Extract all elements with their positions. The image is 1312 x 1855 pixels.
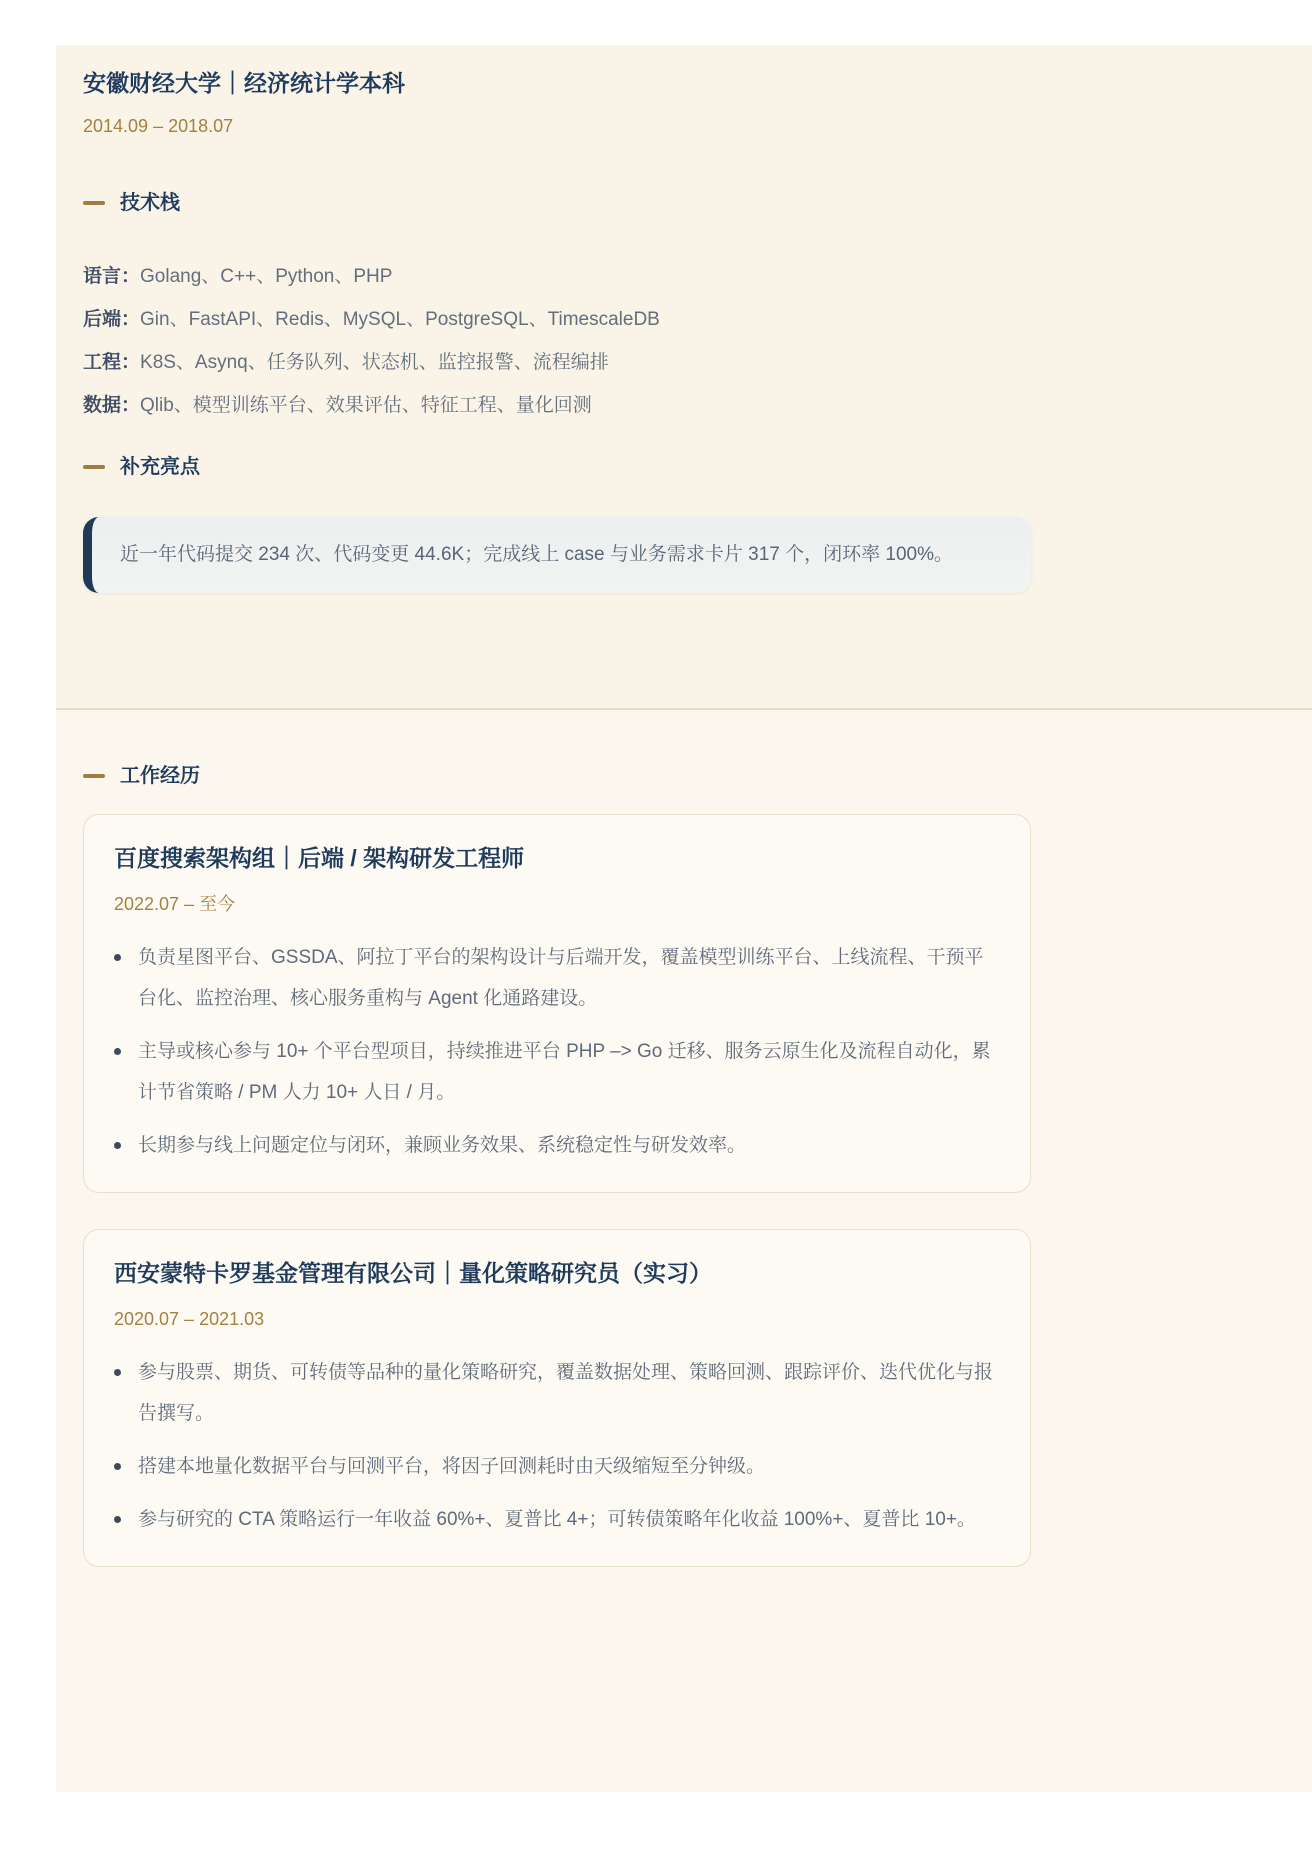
job-bullet-list: 参与股票、期货、可转债等品种的量化策略研究，覆盖数据处理、策略回测、跟踪评价、迭… [114,1352,1000,1540]
bullet-dot-icon [114,1463,121,1470]
resume-page: 安徽财经大学｜经济统计学本科 2014.09 – 2018.07 技术栈 语言：… [56,45,1312,1792]
section-heading-work: 工作经历 [83,762,1031,790]
resume-work-section: 工作经历 百度搜索架构组｜后端 / 架构研发工程师 2022.07 – 至今 负… [56,710,1312,1792]
job-bullet-text: 长期参与线上问题定位与闭环，兼顾业务效果、系统稳定性与研发效率。 [138,1125,746,1166]
tech-stack-heading-label: 技术栈 [120,189,180,217]
tech-row-label: 工程： [83,352,140,373]
education-title: 安徽财经大学｜经济统计学本科 [83,45,1031,99]
job-bullet: 主导或核心参与 10+ 个平台型项目，持续推进平台 PHP –> Go 迁移、服… [114,1031,1000,1113]
job-period: 2020.07 – 2021.03 [114,1306,1000,1332]
tech-row-label: 数据： [83,395,140,416]
job-bullet-text: 负责星图平台、GSSDA、阿拉丁平台的架构设计与后端开发，覆盖模型训练平台、上线… [138,937,1000,1019]
tech-row-backend: 后端：Gin、FastAPI、Redis、MySQL、PostgreSQL、Ti… [83,306,1031,333]
section-heading-highlights: 补充亮点 [83,453,1031,481]
section-heading-tech-stack: 技术栈 [83,189,1031,217]
tech-row-label: 语言： [83,266,140,287]
job-title: 百度搜索架构组｜后端 / 架构研发工程师 [114,841,1000,875]
job-bullet-list: 负责星图平台、GSSDA、阿拉丁平台的架构设计与后端开发，覆盖模型训练平台、上线… [114,937,1000,1166]
tech-row-value: K8S、Asynq、任务队列、状态机、监控报警、流程编排 [140,352,609,373]
section-dash-icon [83,465,105,469]
job-bullet: 搭建本地量化数据平台与回测平台，将因子回测耗时由天级缩短至分钟级。 [114,1446,1000,1487]
job-bullet: 长期参与线上问题定位与闭环，兼顾业务效果、系统稳定性与研发效率。 [114,1125,1000,1166]
resume-top-section: 安徽财经大学｜经济统计学本科 2014.09 – 2018.07 技术栈 语言：… [56,45,1312,710]
job-card-montecarlo: 西安蒙特卡罗基金管理有限公司｜量化策略研究员（实习） 2020.07 – 202… [83,1229,1031,1567]
job-bullet-text: 主导或核心参与 10+ 个平台型项目，持续推进平台 PHP –> Go 迁移、服… [138,1031,1000,1113]
tech-row-languages: 语言：Golang、C++、Python、PHP [83,263,1031,290]
job-period: 2022.07 – 至今 [114,891,1000,917]
tech-row-value: Golang、C++、Python、PHP [140,266,392,287]
job-card-baidu: 百度搜索架构组｜后端 / 架构研发工程师 2022.07 – 至今 负责星图平台… [83,814,1031,1193]
job-bullet-text: 搭建本地量化数据平台与回测平台，将因子回测耗时由天级缩短至分钟级。 [138,1446,765,1487]
highlights-heading-label: 补充亮点 [120,453,200,481]
highlight-quote-box: 近一年代码提交 234 次、代码变更 44.6K；完成线上 case 与业务需求… [83,517,1031,593]
bullet-dot-icon [114,1369,121,1376]
job-bullet-text: 参与股票、期货、可转债等品种的量化策略研究，覆盖数据处理、策略回测、跟踪评价、迭… [138,1352,1000,1434]
bullet-dot-icon [114,954,121,961]
tech-row-label: 后端： [83,309,140,330]
tech-row-data: 数据：Qlib、模型训练平台、效果评估、特征工程、量化回测 [83,392,1031,419]
job-bullet: 负责星图平台、GSSDA、阿拉丁平台的架构设计与后端开发，覆盖模型训练平台、上线… [114,937,1000,1019]
tech-row-engineering: 工程：K8S、Asynq、任务队列、状态机、监控报警、流程编排 [83,349,1031,376]
job-title: 西安蒙特卡罗基金管理有限公司｜量化策略研究员（实习） [114,1256,1000,1290]
tech-stack-rows: 语言：Golang、C++、Python、PHP 后端：Gin、FastAPI、… [83,263,1031,419]
job-bullet: 参与研究的 CTA 策略运行一年收益 60%+、夏普比 4+；可转债策略年化收益… [114,1499,1000,1540]
job-bullet-text: 参与研究的 CTA 策略运行一年收益 60%+、夏普比 4+；可转债策略年化收益… [138,1499,976,1540]
section-dash-icon [83,201,105,205]
highlight-quote-text: 近一年代码提交 234 次、代码变更 44.6K；完成线上 case 与业务需求… [120,541,1003,569]
bullet-dot-icon [114,1048,121,1055]
bullet-dot-icon [114,1516,121,1523]
section-dash-icon [83,774,105,778]
work-heading-label: 工作经历 [120,762,200,790]
tech-row-value: Qlib、模型训练平台、效果评估、特征工程、量化回测 [140,395,592,416]
job-bullet: 参与股票、期货、可转债等品种的量化策略研究，覆盖数据处理、策略回测、跟踪评价、迭… [114,1352,1000,1434]
bullet-dot-icon [114,1142,121,1149]
education-period: 2014.09 – 2018.07 [83,113,1031,139]
tech-row-value: Gin、FastAPI、Redis、MySQL、PostgreSQL、Times… [140,309,660,330]
